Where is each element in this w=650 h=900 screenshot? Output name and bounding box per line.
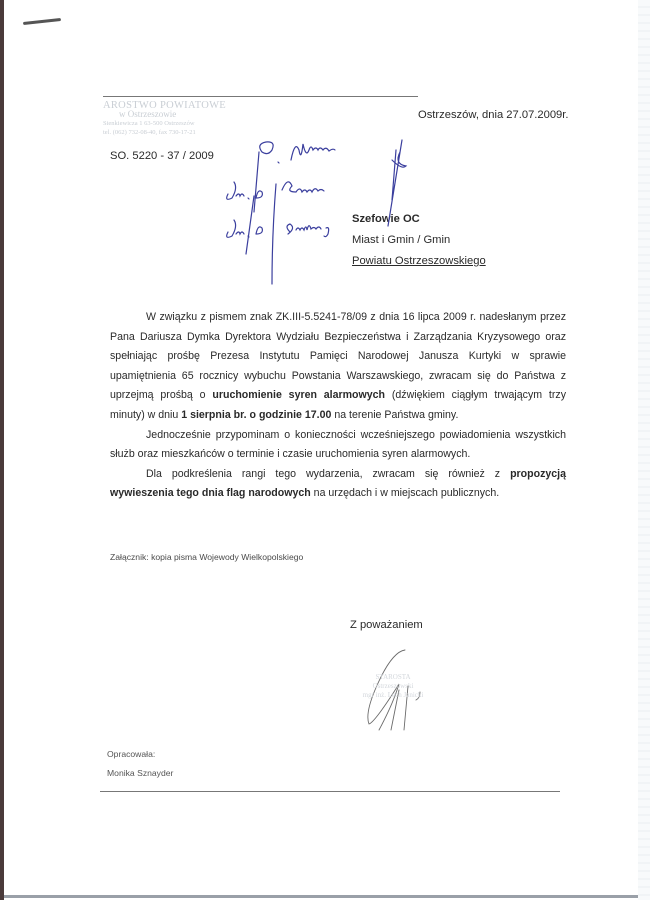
recipient-line-2: Miast i Gmin / Gmin	[352, 230, 486, 251]
paragraph-2: Jednocześnie przypominam o konieczności …	[110, 426, 566, 465]
scan-left-edge	[0, 0, 4, 900]
stamp-line-3: Sienkiewicza 1 63-500 Ostrzeszów	[103, 119, 228, 128]
stamp-line-2: w Ostrzeszowie	[103, 110, 228, 119]
recipient-line-1: Szefowie OC	[352, 209, 486, 230]
signature-stamp: STAROSTA Ostrzeszowski mgr inż. Lech Jan…	[343, 673, 443, 700]
recipient-line-3: Powiatu Ostrzeszowskiego	[352, 251, 486, 272]
prepared-by-name: Monika Sznayder	[107, 764, 173, 783]
header-rule	[103, 96, 418, 97]
scan-bottom-edge	[4, 895, 638, 898]
attachment-note: Załącznik: kopia pisma Wojewody Wielkopo…	[110, 552, 303, 562]
paragraph-1: W związku z pismem znak ZK.III-5.5241-78…	[110, 308, 566, 426]
place-date: Ostrzeszów, dnia 27.07.2009r.	[418, 109, 569, 121]
emphasis-date-time: 1 sierpnia br. o godzinie 17.00	[181, 409, 331, 421]
recipient-block: Szefowie OC Miast i Gmin / Gmin Powiatu …	[352, 209, 486, 272]
letter-body: W związku z pismem znak ZK.III-5.5241-78…	[110, 308, 566, 504]
office-stamp: AROSTWO POWIATOWE w Ostrzeszowie Sienkie…	[103, 101, 228, 137]
closing-salutation: Z poważaniem	[350, 619, 423, 631]
emphasis-sirens: uruchomienie syren alarmowych	[212, 389, 385, 401]
prepared-by: Opracowała: Monika Sznayder	[107, 745, 173, 783]
footer-rule	[100, 791, 560, 792]
prepared-by-label: Opracowała:	[107, 745, 173, 764]
scan-right-edge	[638, 0, 650, 900]
punch-mark	[23, 18, 61, 25]
paragraph-3: Dla podkreślenia rangi tego wydarzenia, …	[110, 465, 566, 504]
reference-number: SO. 5220 - 37 / 2009	[110, 150, 214, 162]
stamp-line-4: tel. (062) 732-08-40, fax 730-17-21	[103, 128, 228, 137]
